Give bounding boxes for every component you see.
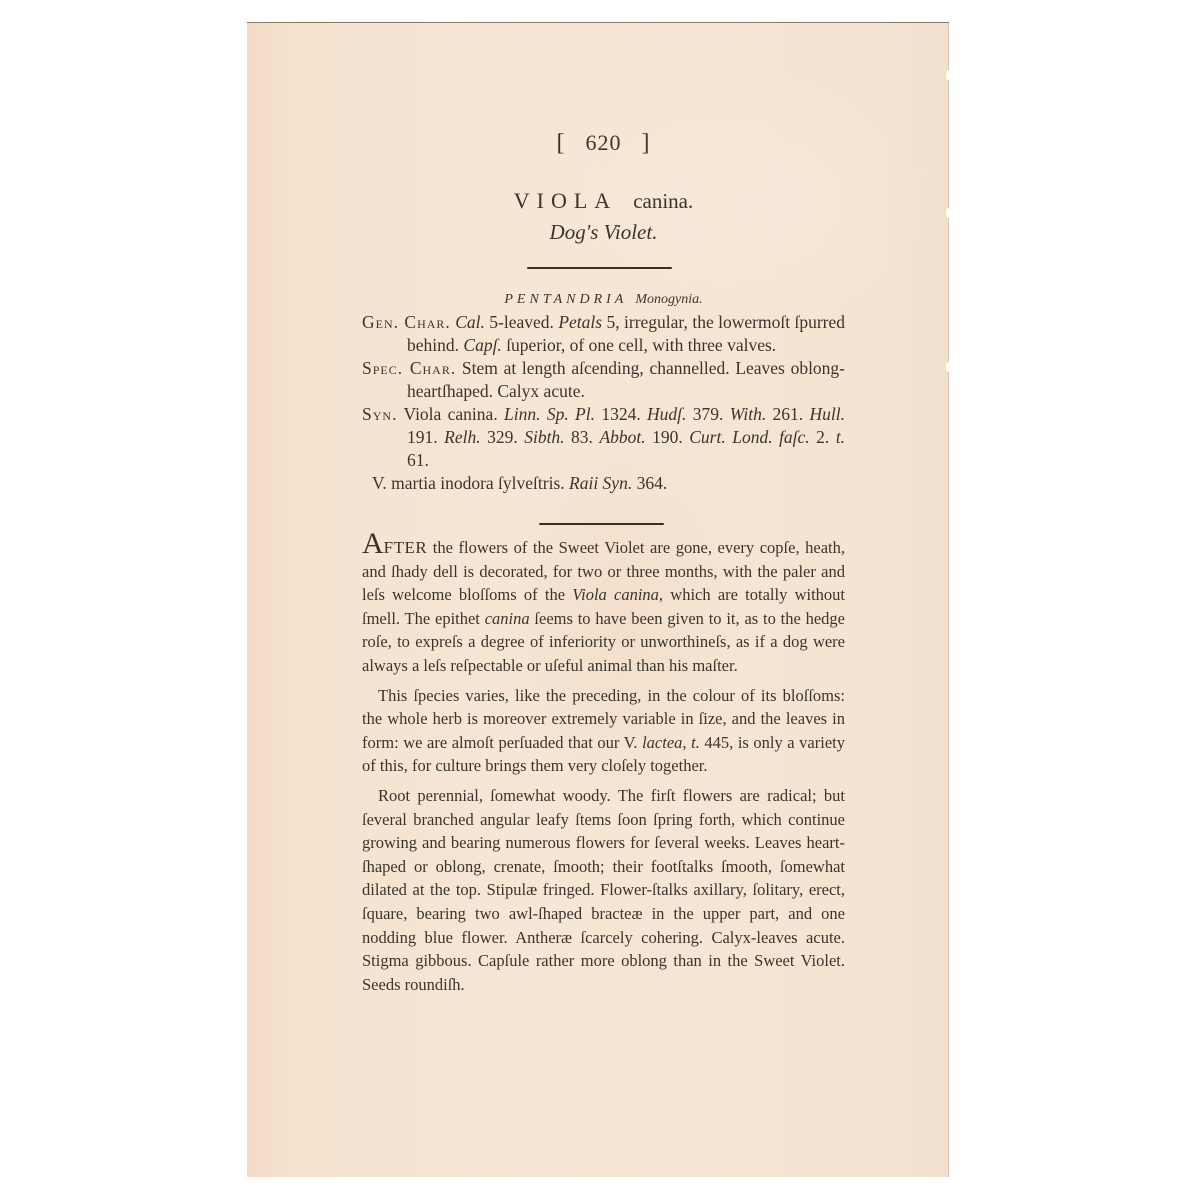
syn-second-italic: Raii Syn. <box>569 473 632 493</box>
italic-text: Linn. Sp. Pl. <box>504 404 595 424</box>
synonymy-second: V. martia inodora ſylveſtris. Raii Syn. … <box>372 472 845 495</box>
lead-word: FTER <box>384 538 428 557</box>
text-run: 61. <box>407 450 429 470</box>
description-body: AFTER the flowers of the Sweet Violet ar… <box>362 534 845 1002</box>
gen-char-label: Gen. Char. <box>362 312 451 332</box>
syn-label: Syn. <box>362 404 397 424</box>
italic-text: Hull. <box>810 404 846 424</box>
italic-text: Relh. <box>444 427 480 447</box>
italic-text: Hudſ. <box>647 404 686 424</box>
syn-second-tail: 364. <box>632 473 667 493</box>
page-edge-tear <box>946 70 952 80</box>
spec-char-label: Spec. Char. <box>362 358 456 378</box>
paragraph-1-text: the flowers of the Sweet Violet are gone… <box>362 538 845 675</box>
text-run: 5-leaved. <box>485 312 558 332</box>
italic-text: Curt. Lond. faſc. <box>689 427 809 447</box>
genus-name: VIOLA <box>514 188 617 213</box>
text-run: 1324. <box>595 404 647 424</box>
text-column: [620] VIOLAcanina. Dog's Violet. PENTAND… <box>362 22 845 1122</box>
italic-text: Capſ. <box>463 335 501 355</box>
page-number: [620] <box>362 130 845 157</box>
order-name: Monogynia. <box>635 292 702 307</box>
italic-text: Cal. <box>455 312 485 332</box>
drop-cap: A <box>362 527 384 560</box>
paragraph-3-text: Root perennial, ſomewhat woody. The firſ… <box>362 786 845 994</box>
italic-text: Petals <box>558 312 602 332</box>
text-run: , <box>682 733 691 752</box>
book-page: [620] VIOLAcanina. Dog's Violet. PENTAND… <box>247 22 949 1177</box>
paragraph-2-text: This ſpecies varies, like the preceding,… <box>362 686 845 776</box>
common-name: Dog's Violet. <box>362 220 845 245</box>
italic-text: t. <box>691 733 700 752</box>
species-name: canina. <box>633 189 693 213</box>
text-run: Viola canina. <box>403 404 504 424</box>
syn-text: Viola canina. Linn. Sp. Pl. 1324. Hudſ. … <box>403 404 845 470</box>
specific-character: Spec. Char. Stem at length aſcending, ch… <box>362 357 845 403</box>
italic-text: canina <box>485 609 530 628</box>
page-edge-tear <box>946 362 952 372</box>
synonymy: Syn. Viola canina. Linn. Sp. Pl. 1324. H… <box>362 403 845 472</box>
divider-rule <box>539 523 664 525</box>
gen-char-text: Cal. 5-leaved. Petals 5, irregular, the … <box>407 312 845 355</box>
text-run: 191. <box>407 427 444 447</box>
divider-rule <box>527 267 672 269</box>
page-number-value: 620 <box>586 130 622 155</box>
species-title: VIOLAcanina. <box>362 188 845 214</box>
syn-second-plain: V. martia inodora ſylveſtris. <box>372 473 569 493</box>
bracket-right: ] <box>642 130 651 156</box>
italic-text: With. <box>730 404 766 424</box>
characters-block: Gen. Char. Cal. 5-leaved. Petals 5, irre… <box>362 311 845 495</box>
text-run: 190. <box>646 427 690 447</box>
generic-character: Gen. Char. Cal. 5-leaved. Petals 5, irre… <box>362 311 845 357</box>
linnaean-classification: PENTANDRIAMonogynia. <box>362 292 845 308</box>
italic-text: lactea <box>642 733 682 752</box>
text-run: 329. <box>481 427 525 447</box>
text-run: 83. <box>565 427 600 447</box>
text-run: 2. <box>810 427 836 447</box>
page-edge-tear <box>946 208 952 218</box>
class-name: PENTANDRIA <box>504 292 627 307</box>
italic-text: t. <box>836 427 845 447</box>
text-run: 261. <box>766 404 809 424</box>
bracket-left: [ <box>557 130 566 156</box>
paragraph-3: Root perennial, ſomewhat woody. The firſ… <box>362 784 845 996</box>
text-run: 379. <box>686 404 729 424</box>
italic-text: Sibth. <box>524 427 564 447</box>
italic-text: Abbot. <box>599 427 645 447</box>
paragraph-1: AFTER the flowers of the Sweet Violet ar… <box>362 534 845 678</box>
spec-char-text: Stem at length aſcending, channelled. Le… <box>407 358 845 401</box>
text-run: ſuperior, of one cell, with three valves… <box>502 335 776 355</box>
paragraph-2: This ſpecies varies, like the preceding,… <box>362 684 845 778</box>
italic-text: Viola canina <box>572 585 659 604</box>
